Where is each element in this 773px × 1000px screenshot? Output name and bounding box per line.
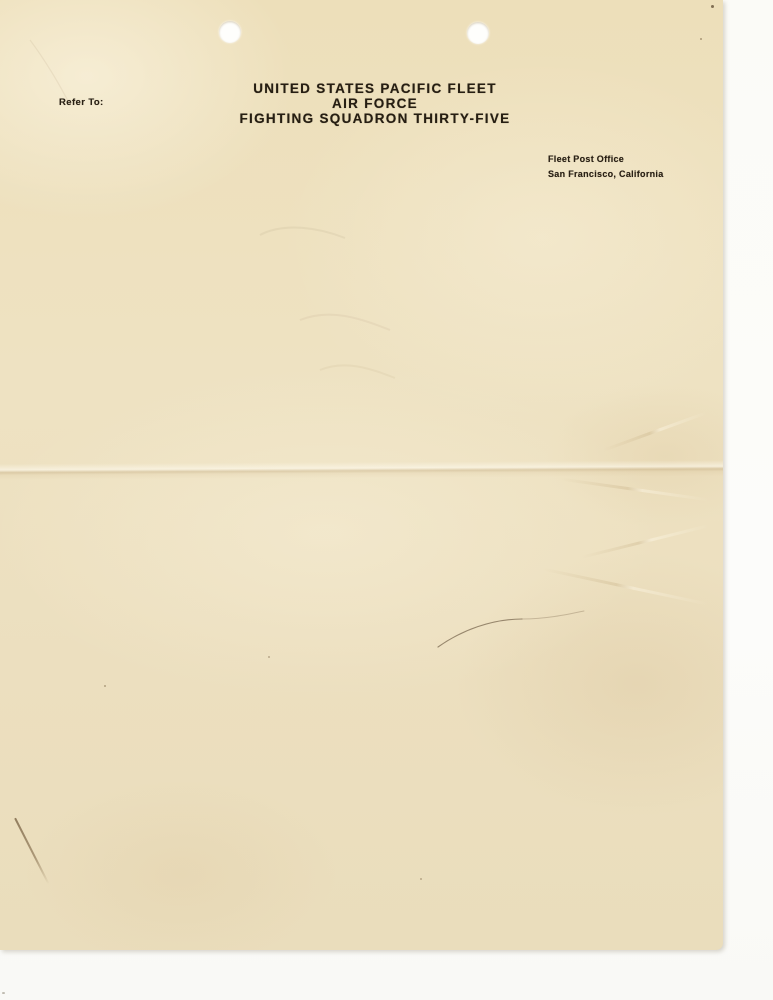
paper-wrinkle xyxy=(582,524,709,558)
paper-wrinkle xyxy=(603,411,707,451)
paper-speck xyxy=(700,38,702,40)
paper-sheet: Refer To: UNITED STATES PACIFIC FLEET AI… xyxy=(0,0,723,950)
paper-speck xyxy=(104,685,106,687)
hole-punch-left xyxy=(219,21,241,43)
paper-wrinkle xyxy=(542,567,709,605)
command-line-fleet: UNITED STATES PACIFIC FLEET xyxy=(130,81,620,96)
command-line-air-force: AIR FORCE xyxy=(130,96,620,111)
paper-fold-crease xyxy=(0,460,723,480)
paper-speck xyxy=(268,656,270,658)
paper-speck xyxy=(711,5,714,8)
refer-to-label: Refer To: xyxy=(59,97,104,108)
post-office-city-line: San Francisco, California xyxy=(548,167,664,182)
scan-background: Refer To: UNITED STATES PACIFIC FLEET AI… xyxy=(0,0,773,1000)
post-office-line: Fleet Post Office xyxy=(548,152,664,167)
background-speck xyxy=(2,992,5,994)
post-office-address: Fleet Post Office San Francisco, Califor… xyxy=(548,152,664,181)
paper-wrinkle xyxy=(561,478,710,502)
command-line-squadron: FIGHTING SQUADRON THIRTY-FIVE xyxy=(130,111,620,126)
paper-speck xyxy=(420,878,422,880)
corner-crease-mark xyxy=(14,818,49,885)
letterhead-command-block: UNITED STATES PACIFIC FLEET AIR FORCE FI… xyxy=(130,81,620,126)
hole-punch-right xyxy=(467,22,489,44)
